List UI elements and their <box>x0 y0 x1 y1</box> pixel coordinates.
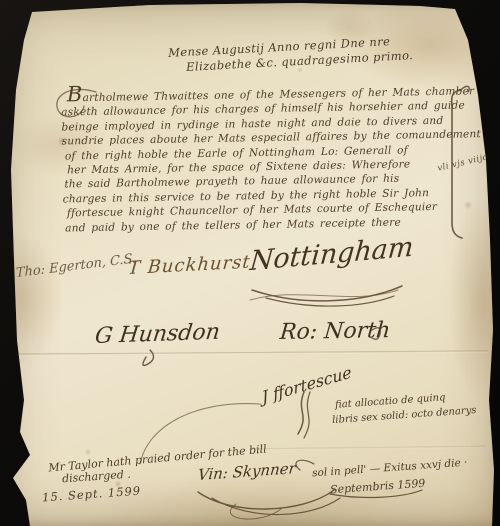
skynner-paraph3 <box>230 504 282 519</box>
signature-egerton: Tho: Egerton, C.S. <box>16 251 136 281</box>
nottingham-paraph2 <box>266 296 394 306</box>
signature-skynner: Vin: Skynner <box>197 459 297 484</box>
skynner-paraph2 <box>212 498 340 515</box>
discharge-date: 15. Sept. 1599 <box>42 484 142 505</box>
photo-background: Mense Augustij Anno regni Dne nre Elizab… <box>0 0 500 526</box>
nottingham-paraph3 <box>250 290 398 300</box>
pells-note-line2: Septembris 1599 <box>330 477 426 497</box>
nottingham-paraph <box>252 286 402 301</box>
signature-hunsdon: G Hunsdon <box>93 320 221 349</box>
petition-body: Bartholmewe Thwaittes one of the Messeng… <box>61 83 463 236</box>
pells-note-line1: sol in pell' — Exitus xxvj die · <box>312 457 468 480</box>
horizontal-fold-crease <box>14 350 488 355</box>
fortescue-paraph2 <box>304 392 310 438</box>
fortescue-paraph <box>298 392 304 434</box>
signature-north: Ro: North <box>279 318 391 345</box>
manuscript-paper: Mense Augustij Anno regni Dne nre Elizab… <box>0 0 500 526</box>
signature-buckhurst: T Buckhurst <box>127 252 251 280</box>
signature-nottingham: Nottingham <box>249 232 415 278</box>
lower-fold-crease <box>250 446 486 450</box>
skynner-paraph <box>198 490 334 509</box>
